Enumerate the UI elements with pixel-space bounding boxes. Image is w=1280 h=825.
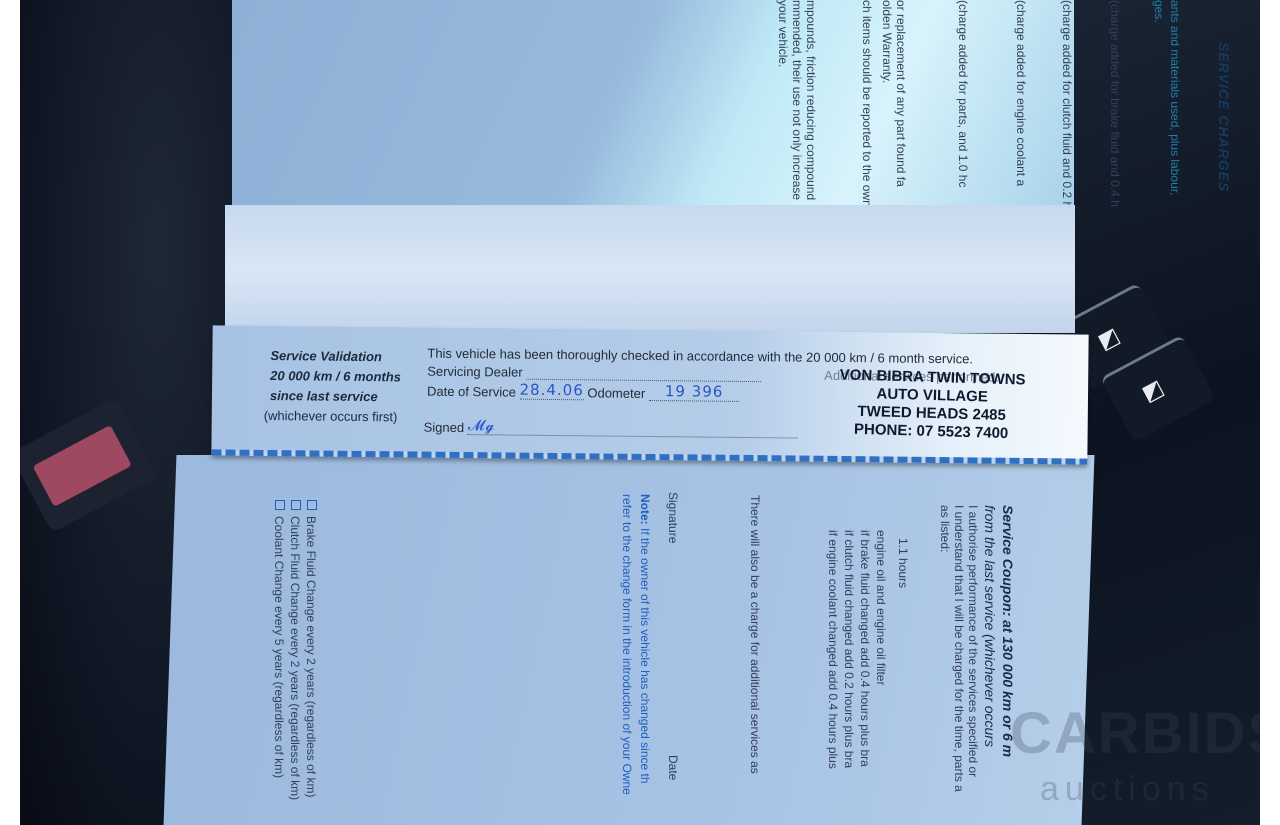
- checklist-label: Coolant: [272, 516, 286, 557]
- window-icon: ◩: [1138, 374, 1169, 407]
- coupon-intro: I authorise performance of the services …: [966, 505, 980, 777]
- checklist-detail: Change every 2 years (regardless of km): [304, 580, 318, 797]
- text-line: your vehicle.: [776, 0, 790, 67]
- text-line: olden Warranty.: [880, 0, 894, 83]
- checklist-label: Brake Fluid: [304, 516, 318, 577]
- text-line: mpounds, friction reducing compound: [804, 0, 818, 200]
- coupon-intro: as listed:: [938, 505, 952, 552]
- service-validation-strip: Service Validation 20 000 km / 6 months …: [211, 325, 1088, 464]
- checkbox: [291, 500, 301, 510]
- checklist-item: Brake Fluid Change every 2 years (regard…: [304, 500, 318, 797]
- checkbox: [307, 500, 317, 510]
- window-icon: ◩: [1094, 322, 1125, 355]
- text-line: or replacement of any part found fa: [894, 0, 908, 187]
- signature-label: Signature: [666, 492, 680, 543]
- text-line: (charge added for brake fluid and 0.4 h: [1108, 0, 1122, 207]
- coupon-bullet: if engine coolant changed add 0.4 hours …: [826, 530, 840, 769]
- validation-note: (whichever occurs first): [264, 408, 398, 424]
- checklist-detail: Change every 2 years (regardless of km): [288, 583, 302, 800]
- watermark-logo: CARBIDS: [1010, 700, 1280, 767]
- date-of-service-value: 28.4.06: [519, 381, 583, 401]
- text-line: ch items should be reported to the own: [860, 0, 874, 207]
- owner-note-2: refer to the change form in the introduc…: [620, 494, 634, 795]
- date-odometer-row: Date of Service 28.4.06 Odometer 19 396: [427, 380, 740, 402]
- checklist-detail: Change every 5 years (regardless of km): [272, 561, 286, 778]
- note-bold: Note:: [638, 494, 652, 525]
- text-line: (charge added for engine coolant a: [1014, 0, 1028, 186]
- date-label: Date: [666, 755, 680, 780]
- odometer-value: 19 396: [649, 382, 740, 402]
- coupon-bullet: engine oil and engine oil filter: [874, 530, 888, 685]
- date-of-service-label: Date of Service: [427, 384, 516, 400]
- servicing-dealer-label: Servicing Dealer: [427, 364, 523, 380]
- watermark-sub: auctions: [1040, 770, 1215, 809]
- odometer-label: Odometer: [587, 385, 645, 401]
- border-left: [0, 0, 20, 825]
- buckle-release-button: [33, 425, 132, 507]
- validation-title-line: since last service: [270, 386, 401, 407]
- validation-title-line: 20 000 km / 6 months: [270, 366, 401, 387]
- signed-label: Signed: [424, 420, 465, 435]
- signature-scribble: 𝓜𝓰: [468, 416, 798, 438]
- signed-row: Signed 𝓜𝓰: [424, 416, 798, 439]
- coupon-intro: I understand that I will be charged for …: [952, 505, 966, 792]
- border-right: [1260, 0, 1280, 825]
- note-text: If the owner of this vehicle has changed…: [638, 528, 652, 784]
- owner-note: Note: If the owner of this vehicle has c…: [638, 494, 652, 784]
- additional-charge-text: There will also be a charge for addition…: [748, 495, 762, 774]
- text-line: (charge added for clutch fluid and 0.2 h: [1060, 0, 1074, 208]
- service-charges-heading: SERVICE CHARGES: [1216, 42, 1232, 192]
- coupon-bullet: 1.1 hours: [896, 538, 910, 588]
- checklist-item: Clutch Fluid Change every 2 years (regar…: [288, 500, 302, 800]
- service-charges-page: SERVICE CHARGES ants and materials used,…: [232, 0, 1074, 212]
- dealer-stamp: VON BIBRA TWIN TOWNS AUTO VILLAGE TWEED …: [831, 366, 1033, 444]
- photo-frame: ◩ ◩ SERVICE CHARGES ants and materials u…: [0, 0, 1280, 825]
- coupon-bullet: if brake fluid changed add 0.4 hours plu…: [858, 530, 872, 767]
- text-line: ants and materials used, plus labour,: [1168, 0, 1182, 195]
- validation-title-line: Service Validation: [270, 346, 401, 367]
- checklist-item: Coolant Change every 5 years (regardless…: [272, 500, 286, 778]
- coupon-bullet: if clutch fluid changed add 0.2 hours pl…: [842, 530, 856, 768]
- checkbox: [275, 500, 285, 510]
- validation-statement: This vehicle has been thoroughly checked…: [427, 346, 973, 367]
- text-line: mmended, their use not only increase: [790, 0, 804, 200]
- text-line: (charge added for parts, and 1.0 hc: [956, 0, 970, 187]
- checklist-label: Clutch Fluid: [288, 516, 302, 579]
- coupon-subheading: from the last service (whichever occurs: [982, 505, 998, 747]
- text-line: ges.: [1152, 0, 1166, 23]
- folded-page: [225, 205, 1075, 333]
- validation-title: Service Validation 20 000 km / 6 months …: [270, 346, 401, 407]
